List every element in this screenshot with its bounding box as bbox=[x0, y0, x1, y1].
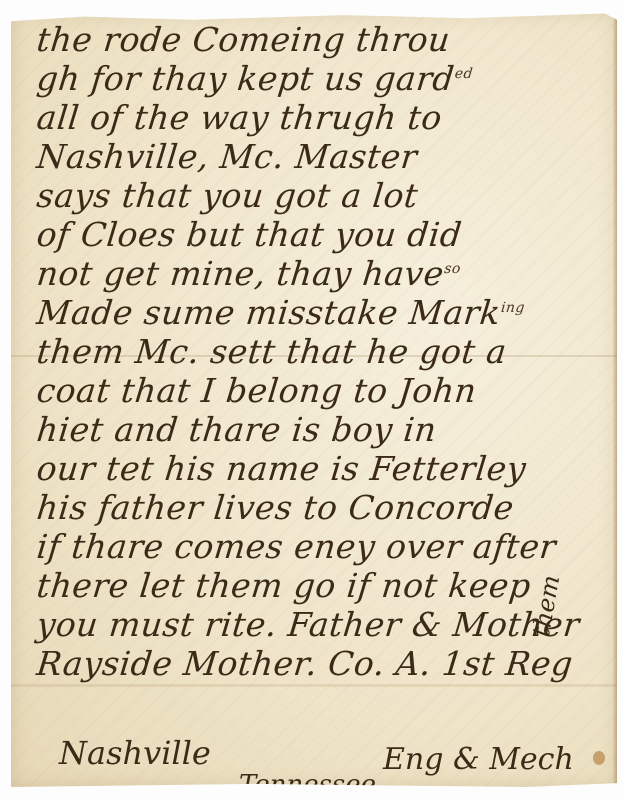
letter-line-text: not get mine, thay have bbox=[35, 254, 446, 293]
letter-line: them Mc. sett that he got a bbox=[35, 332, 619, 371]
letter-line: gh for thay kept us garded bbox=[35, 59, 619, 98]
letter-paper: the rode Comeing throu gh for thay kept … bbox=[11, 12, 617, 787]
letter-line: not get mine, thay haveso bbox=[35, 254, 619, 293]
letter-line: if thare comes eney over after bbox=[35, 527, 619, 566]
letter-line: the rode Comeing throu bbox=[35, 20, 619, 59]
letter-line: coat that I belong to John bbox=[35, 371, 619, 410]
interlinear-insertion: so bbox=[443, 261, 461, 277]
letter-line: Rayside Mother. Co. A. 1st Reg bbox=[35, 644, 619, 683]
letter-line-text: gh for thay kept us gard bbox=[35, 59, 456, 98]
interlinear-insertion: ing bbox=[500, 300, 526, 316]
letter-line: all of the way thrugh to bbox=[35, 98, 619, 137]
letter-line: Nashville, Mc. Master bbox=[35, 137, 619, 176]
letter-line: of Cloes but that you did bbox=[35, 215, 619, 254]
closing-state: Tennessee bbox=[239, 770, 376, 800]
interlinear-insertion: ed bbox=[454, 66, 474, 82]
letter-line: hiet and thare is boy in bbox=[35, 410, 619, 449]
closing-regiment-suffix: Eng & Mech bbox=[383, 742, 574, 777]
letter-line: our tet his name is Fetterley bbox=[35, 449, 619, 488]
closing-city: Nashville bbox=[59, 734, 211, 772]
letter-line: Made sume misstake Marking bbox=[35, 293, 619, 332]
scanned-letter: the rode Comeing throu gh for thay kept … bbox=[0, 0, 623, 800]
letter-line: there let them go if not keep bbox=[35, 566, 619, 605]
ink-stain bbox=[593, 751, 605, 765]
letter-body: the rode Comeing throu gh for thay kept … bbox=[37, 20, 617, 683]
letter-line: his father lives to Concorde bbox=[35, 488, 619, 527]
paper-fold-line bbox=[11, 684, 617, 687]
letter-line-text: Made sume misstake Mark bbox=[35, 293, 503, 332]
letter-line: says that you got a lot bbox=[35, 176, 619, 215]
